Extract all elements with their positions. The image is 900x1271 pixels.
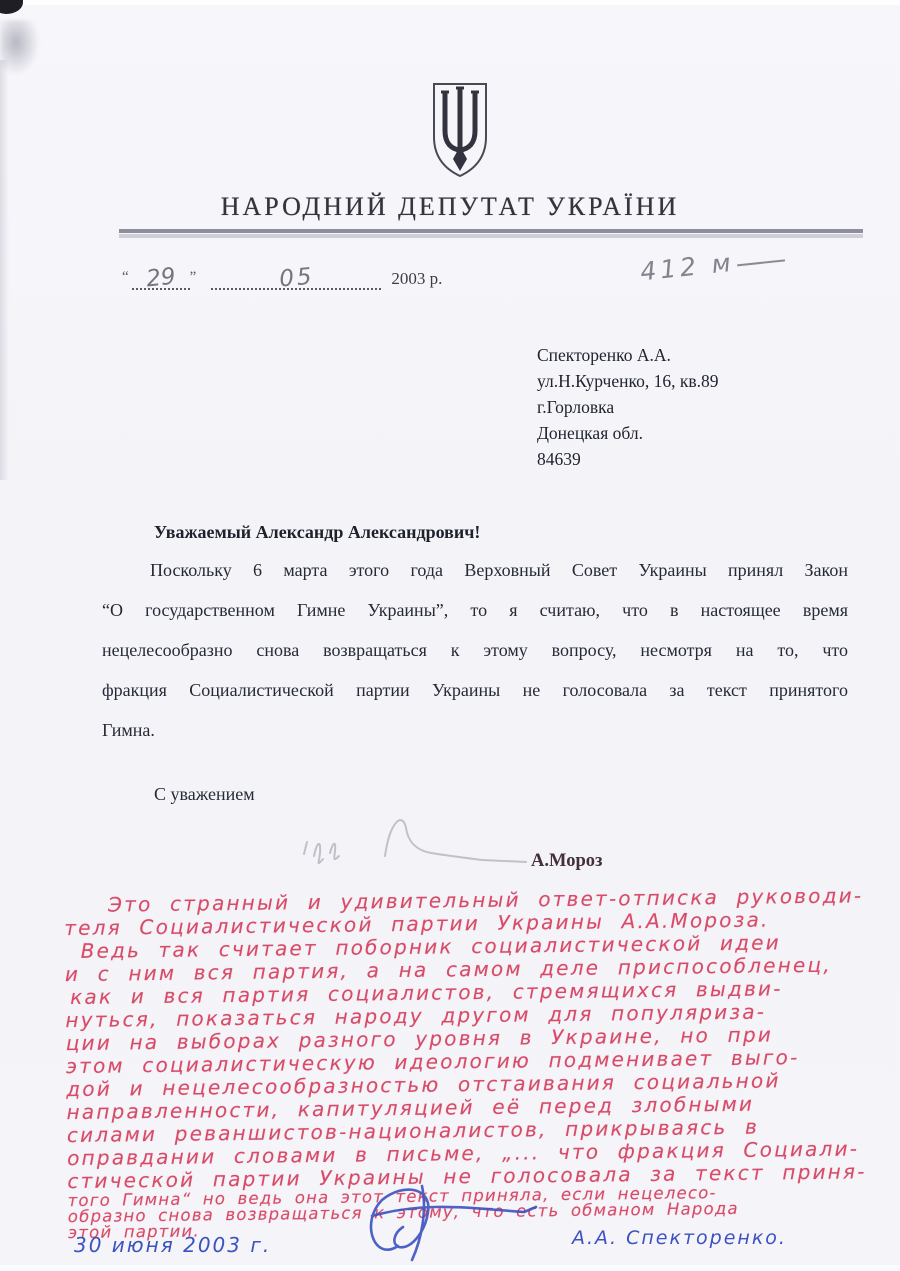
signature-name: А.Мороз [531, 851, 602, 872]
divider-dark-band [119, 229, 863, 233]
recipient-name: Спекторенко А.А. [537, 342, 718, 368]
body-line: фракция Социалистической партии Украины … [102, 670, 848, 710]
spektorenko-signature-mark [352, 1176, 552, 1268]
date-month-field: 05 [211, 262, 381, 290]
date-close-quote: ” [190, 269, 200, 290]
divider-light-band [119, 234, 863, 238]
registry-underline [737, 259, 785, 266]
handwritten-day: 29 [145, 264, 177, 293]
recipient-postcode: 84639 [537, 446, 718, 472]
recipient-block: Спекторенко А.А. ул.Н.Курченко, 16, кв.8… [537, 342, 718, 472]
body-line: нецелесообразно снова возвращаться к это… [102, 630, 848, 670]
moroz-signature-mark [290, 798, 540, 878]
date-open-quote: “ [122, 269, 132, 290]
registry-note-text: 412 м [639, 248, 736, 287]
letterhead-title: НАРОДНИЙ ДЕПУТАТ УКРАЇНИ [0, 192, 900, 222]
closing-phrase: С уважением [154, 784, 255, 805]
body-paragraph: Поскольку 6 марта этого года Верховный С… [102, 550, 848, 750]
date-year: 2003 р. [391, 269, 442, 290]
handwritten-registry-note: 412 м [639, 243, 786, 287]
date-day-field: 29 [132, 262, 190, 290]
scan-edge-shadow [0, 60, 9, 480]
handwritten-month: 05 [278, 264, 315, 293]
annotation-signer-name: А.А. Спекторенко. [572, 1227, 787, 1249]
scan-top-edge [0, 0, 900, 5]
recipient-street: ул.Н.Курченко, 16, кв.89 [537, 368, 718, 394]
coat-of-arms-icon [427, 80, 493, 180]
body-line: “О государственном Гимне Украины”, то я … [102, 590, 848, 630]
scan-corner-mark [0, 0, 23, 14]
body-line: Гимна. [102, 710, 848, 750]
annotation-date: 30 июня 2003 г. [74, 1233, 271, 1257]
recipient-city: г.Горловка [537, 394, 718, 420]
recipient-region: Донецкая обл. [537, 420, 718, 446]
body-line: Поскольку 6 марта этого года Верховный С… [102, 550, 848, 590]
scanned-letter-page: НАРОДНИЙ ДЕПУТАТ УКРАЇНИ “ 29 ” 05 2003 … [0, 0, 900, 1271]
letterhead-divider [119, 229, 863, 238]
salutation: Уважаемый Александр Александрович! [154, 522, 480, 543]
date-line: “ 29 ” 05 2003 р. [122, 262, 442, 290]
